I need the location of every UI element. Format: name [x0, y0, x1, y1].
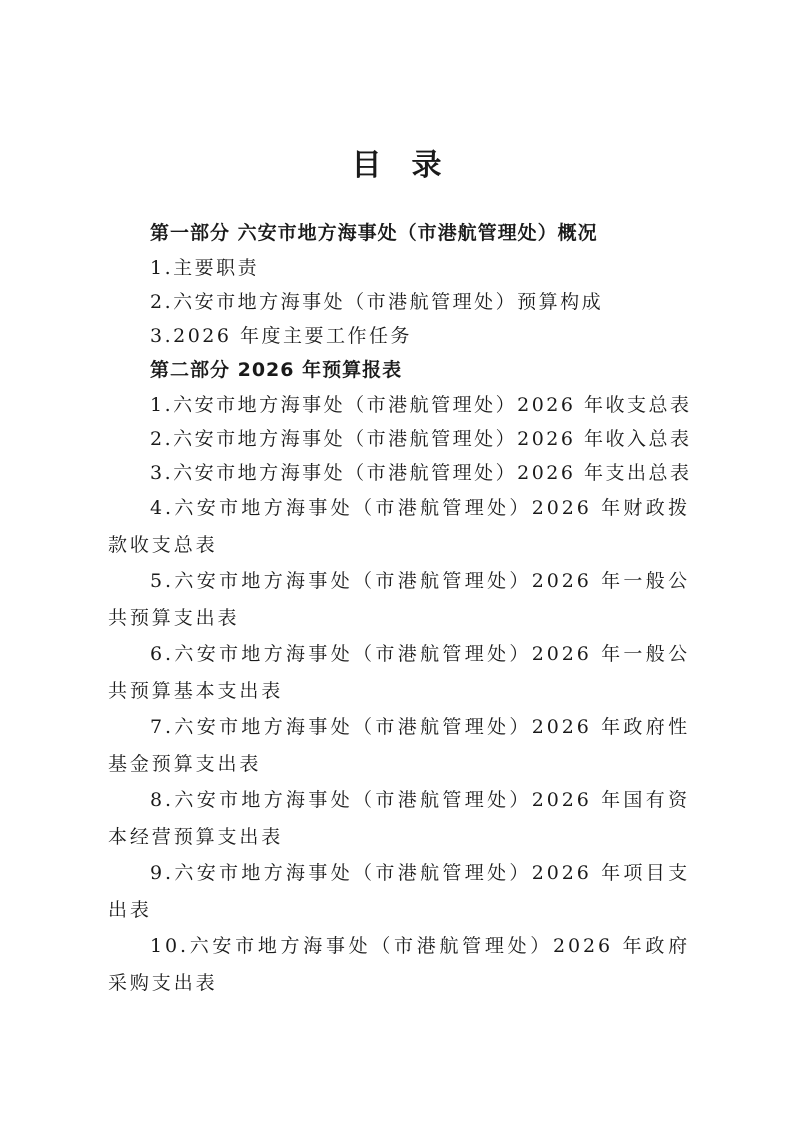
toc-item[interactable]: 5.六安市地方海事处（市港航管理处）2026 年一般公共预算支出表 — [108, 563, 690, 636]
toc-item[interactable]: 2.六安市地方海事处（市港航管理处）预算构成 — [108, 285, 690, 319]
table-of-contents: 第一部分 六安市地方海事处（市港航管理处）概况 1.主要职责 2.六安市地方海事… — [108, 216, 690, 1001]
toc-item[interactable]: 3.2026 年度主要工作任务 — [108, 319, 690, 353]
toc-item[interactable]: 8.六安市地方海事处（市港航管理处）2026 年国有资本经营预算支出表 — [108, 782, 690, 855]
toc-item[interactable]: 7.六安市地方海事处（市港航管理处）2026 年政府性基金预算支出表 — [108, 709, 690, 782]
toc-item[interactable]: 9.六安市地方海事处（市港航管理处）2026 年项目支出表 — [108, 855, 690, 928]
toc-item[interactable]: 1.六安市地方海事处（市港航管理处）2026 年收支总表 — [108, 388, 690, 422]
toc-item[interactable]: 6.六安市地方海事处（市港航管理处）2026 年一般公共预算基本支出表 — [108, 636, 690, 709]
toc-item[interactable]: 10.六安市地方海事处（市港航管理处）2026 年政府采购支出表 — [108, 928, 690, 1001]
toc-item[interactable]: 4.六安市地方海事处（市港航管理处）2026 年财政拨款收支总表 — [108, 490, 690, 563]
toc-item[interactable]: 1.主要职责 — [108, 251, 690, 285]
toc-item[interactable]: 2.六安市地方海事处（市港航管理处）2026 年收入总表 — [108, 422, 690, 456]
section-heading-part-1[interactable]: 第一部分 六安市地方海事处（市港航管理处）概况 — [108, 216, 690, 251]
page-title: 目录 — [0, 140, 793, 184]
section-heading-part-2[interactable]: 第二部分 2026 年预算报表 — [108, 353, 690, 388]
toc-item[interactable]: 3.六安市地方海事处（市港航管理处）2026 年支出总表 — [108, 456, 690, 490]
